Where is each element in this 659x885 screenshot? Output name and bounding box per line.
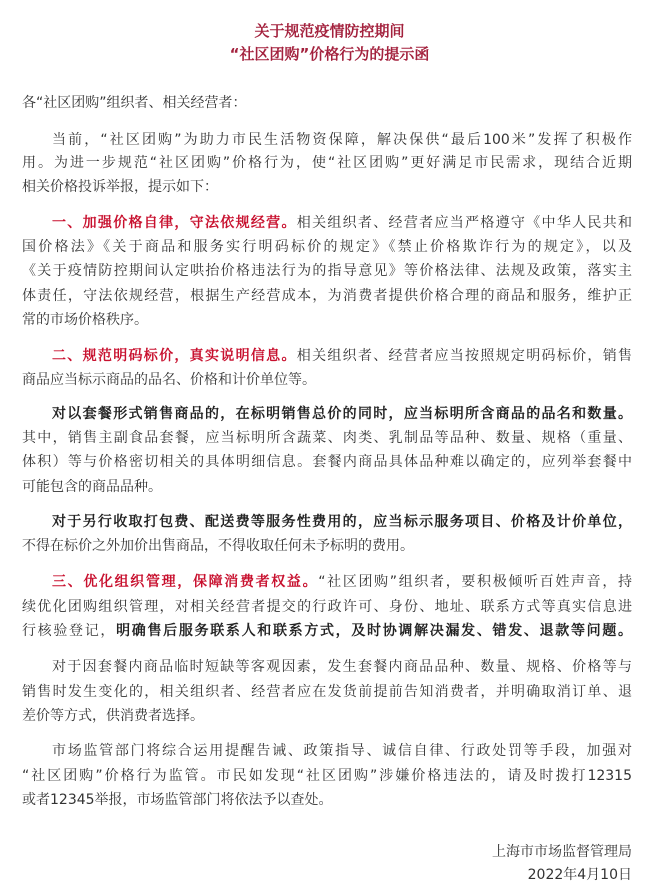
supervision-line: 市场监管部门将综合运用提醒告诫、政策指导、诚信自律、行政处罚等手段，加强对: [52, 740, 632, 762]
signature-issuer: 上海市市场监督管理局: [492, 841, 632, 863]
section-3-first-line: 三、优化组织管理，保障消费者权益。“社区团购”组织者，要积极倾听百姓声音，持: [52, 571, 632, 593]
intro-line: 相关价格投诉举报，提示如下：: [22, 176, 632, 198]
section-1-heading: 一、加强价格自律，守法依规经营。: [52, 215, 297, 231]
signature-date: 2022年4月10日: [528, 864, 632, 885]
section-3-text: “社区团购”组织者，要积极倾听百姓声音，持: [318, 574, 632, 590]
package-line: 体积）等与价格密切相关的具体明细信息。套餐内商品具体品种难以确定的，应列举套餐中: [22, 451, 632, 473]
document-title-line1: 关于规范疫情防控期间: [0, 20, 659, 42]
document-title-line2: “社区团购”价格行为的提示函: [0, 43, 659, 65]
supervision-line: 或者12345举报，市场监管部门将依法予以查处。: [22, 789, 632, 811]
section-2-first-line: 二、规范明码标价，真实说明信息。相关组织者、经营者应当按照规定明码标价，销售: [52, 345, 632, 367]
salutation: 各“社区团购”组织者、相关经营者：: [22, 92, 632, 114]
section-1-text: 相关组织者、经营者应当严格遵守《中华人民共和: [297, 215, 632, 231]
section-1-first-line: 一、加强价格自律，守法依规经营。相关组织者、经营者应当严格遵守《中华人民共和: [52, 212, 632, 234]
shortage-line: 销售时发生变化的，相关组织者、经营者应在发货前提前告知消费者，并明确取消订单、退: [22, 681, 632, 703]
section-1-line: 国价格法》《关于商品和服务实行明码标价的规定》《禁止价格欺诈行为的规定》，以及: [22, 236, 632, 258]
package-line: 其中，销售主副食品套餐，应当标明所含蔬菜、肉类、乳制品等品种、数量、规格（重量、: [22, 427, 632, 449]
intro-line: 用。为进一步规范“社区团购”价格行为，使“社区团购”更好满足市民需求，现结合近期: [22, 152, 632, 174]
package-bold-line: 对以套餐形式销售商品的，在标明销售总价的同时，应当标明所含商品的品名和数量。: [52, 403, 632, 425]
section-3-heading: 三、优化组织管理，保障消费者权益。: [52, 574, 318, 590]
fee-line: 不得在标价之外加价出售商品，不得收取任何未予标明的费用。: [22, 535, 632, 557]
section-1-line: 常的市场价格秩序。: [22, 309, 632, 331]
section-2-text: 相关组织者、经营者应当按照规定明码标价，销售: [297, 348, 632, 364]
shortage-line: 对于因套餐内商品临时短缺等客观因素，发生套餐内商品品种、数量、规格、价格等与: [52, 656, 632, 678]
section-1-line: 《关于疫情防控期间认定哄抬价格违法行为的指导意见》等价格法律、法规及政策，落实主: [22, 260, 632, 282]
section-2-heading: 二、规范明码标价，真实说明信息。: [52, 348, 297, 364]
section-3-line: 行核验登记，明确售后服务联系人和联系方式，及时协调解决漏发、错发、退款等问题。: [22, 620, 632, 642]
fee-bold-line: 对于另行收取打包费、配送费等服务性费用的，应当标示服务项目、价格及计价单位，: [52, 511, 632, 533]
section-3-bold-text: 明确售后服务联系人和联系方式，及时协调解决漏发、错发、退款等问题。: [116, 623, 632, 639]
section-3-line: 续优化团购组织管理，对相关经营者提交的行政许可、身份、地址、联系方式等真实信息进: [22, 596, 632, 618]
shortage-line: 差价等方式，供消费者选择。: [22, 705, 632, 727]
intro-line: 当前，“社区团购”为助力市民生活物资保障，解决保供“最后100米”发挥了积极作: [52, 129, 632, 151]
section-2-line: 商品应当标示商品的品名、价格和计价单位等。: [22, 369, 632, 391]
package-line: 可能包含的商品品种。: [22, 476, 632, 498]
supervision-line: “社区团购”价格行为监管。市民如发现“社区团购”涉嫌价格违法的，请及时拨打123…: [22, 765, 632, 787]
section-1-line: 体责任，守法依规经营，根据生产经营成本，为消费者提供价格合理的商品和服务，维护正: [22, 285, 632, 307]
section-3-text: 行核验登记，: [22, 623, 116, 639]
